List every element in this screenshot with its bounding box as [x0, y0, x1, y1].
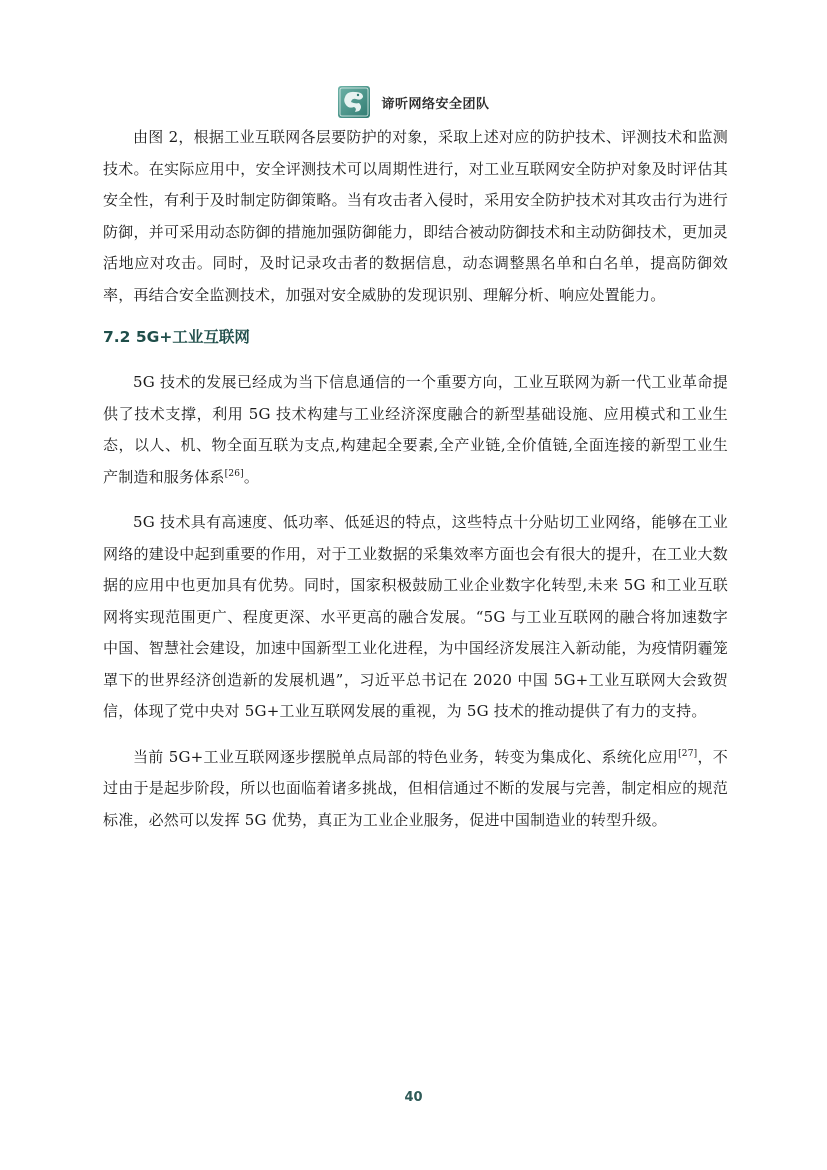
paragraph-5g-current: 当前 5G+工业互联网逐步摆脱单点局部的特色业务，转变为集成化、系统化应用[27…	[103, 742, 728, 837]
dragon-seal-icon	[337, 85, 371, 119]
document-body: 由图 2，根据工业互联网各层要防护的对象，采取上述对应的防护技术、评测技术和监测…	[103, 122, 728, 836]
citation-27: [27]	[678, 749, 697, 759]
paragraph-5g-features: 5G 技术具有高速度、低功率、低延迟的特点，这些特点十分贴切工业网络，能够在工业…	[103, 507, 728, 728]
page-header: 谛听网络安全团队	[0, 82, 827, 122]
page-number: 40	[0, 1090, 827, 1105]
paragraph-5g-development: 5G 技术的发展已经成为当下信息通信的一个重要方向，工业互联网为新一代工业革命提…	[103, 367, 728, 493]
section-heading: 7.2 5G+工业互联网	[103, 325, 728, 347]
paragraph-defense-techniques: 由图 2，根据工业互联网各层要防护的对象，采取上述对应的防护技术、评测技术和监测…	[103, 122, 728, 311]
org-name: 谛听网络安全团队	[381, 93, 489, 112]
citation-26: [26]	[225, 469, 244, 479]
